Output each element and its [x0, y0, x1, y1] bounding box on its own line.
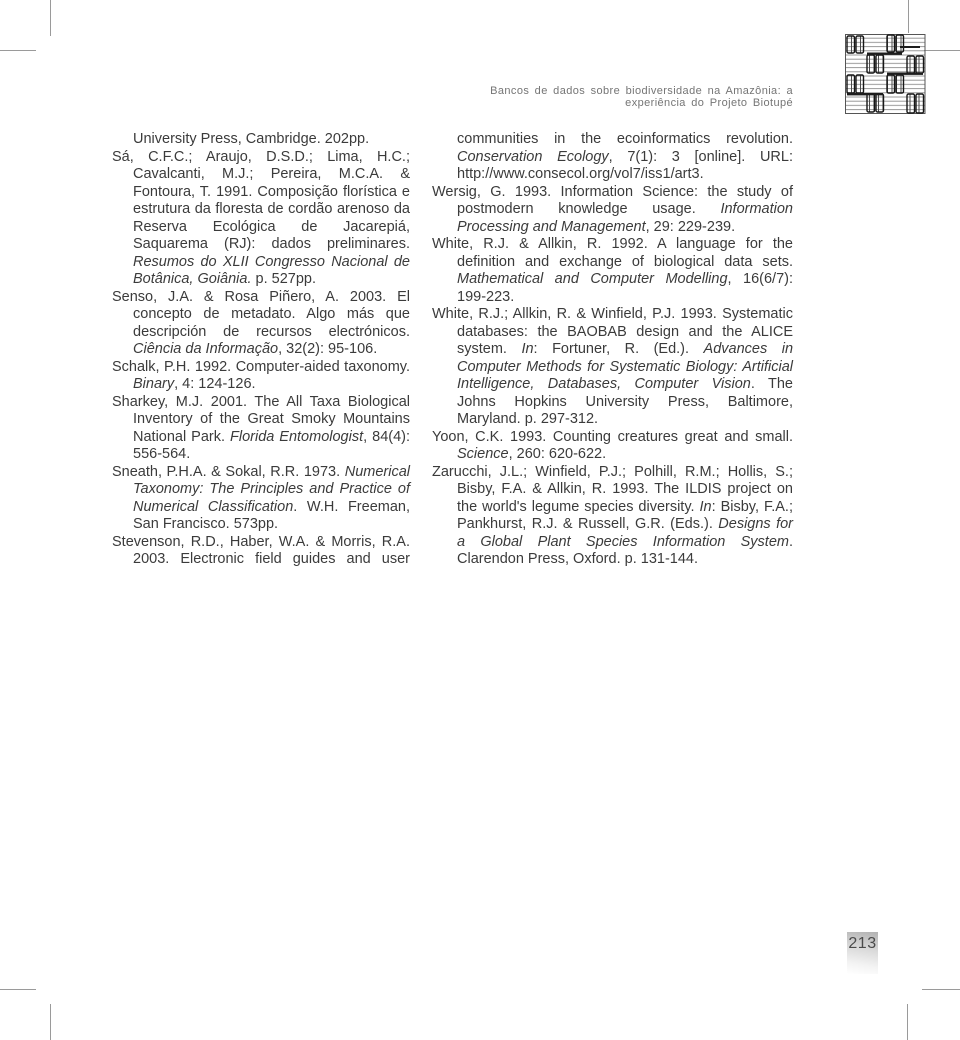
- reference-text: , 4: 124-126.: [174, 376, 255, 392]
- crop-mark-bottom-right-horizontal: [922, 989, 960, 990]
- reference-entry: Sá, C.F.C.; Araujo, D.S.D.; Lima, H.C.; …: [112, 149, 410, 289]
- reference-title-italic: Science: [457, 446, 509, 462]
- reference-entry: communities in the ecoinformatics revolu…: [432, 131, 793, 184]
- reference-entry: Sharkey, M.J. 2001. The All Taxa Biologi…: [112, 394, 410, 464]
- crop-mark-bottom-left-vertical: [50, 1004, 51, 1040]
- reference-text: , 32(2): 95-106.: [278, 341, 377, 357]
- reference-title-italic: Conservation Ecology: [457, 149, 609, 165]
- references-left-column: University Press, Cambridge. 202pp.Sá, C…: [112, 131, 410, 569]
- crop-mark-top-right-horizontal: [924, 50, 960, 51]
- references-right-column: communities in the ecoinformatics revolu…: [432, 131, 793, 569]
- reference-entry: White, R.J.; Allkin, R. & Winfield, P.J.…: [432, 306, 793, 429]
- reference-title-italic: Mathematical and Computer Modelling: [457, 271, 728, 287]
- reference-text: communities in the ecoinformatics revolu…: [457, 131, 793, 147]
- reference-text: Yoon, C.K. 1993. Counting creatures grea…: [432, 429, 793, 445]
- page-number-badge: 213: [847, 932, 878, 974]
- reference-entry: White, R.J. & Allkin, R. 1992. A languag…: [432, 236, 793, 306]
- reference-text: p. 527pp.: [252, 271, 317, 287]
- reference-text: , 260: 620-622.: [509, 446, 607, 462]
- reference-entry: University Press, Cambridge. 202pp.: [112, 131, 410, 149]
- reference-text: Senso, J.A. & Rosa Piñero, A. 2003. El c…: [112, 289, 410, 340]
- crop-mark-bottom-right-vertical: [907, 1004, 908, 1040]
- reference-text: White, R.J. & Allkin, R. 1992. A languag…: [432, 236, 793, 270]
- reference-text: : Fortuner, R. (Ed.).: [534, 341, 704, 357]
- reference-entry: Yoon, C.K. 1993. Counting creatures grea…: [432, 429, 793, 464]
- reference-title-italic: Binary: [133, 376, 174, 392]
- document-page: Bancos de dados sobre biodiversidade na …: [0, 0, 960, 1040]
- reference-entry: Sneath, P.H.A. & Sokal, R.R. 1973. Numer…: [112, 464, 410, 534]
- reference-text: University Press, Cambridge. 202pp.: [133, 131, 369, 147]
- reference-text: Schalk, P.H. 1992. Computer-aided taxono…: [112, 359, 410, 375]
- reference-title-italic: Florida Entomologist: [230, 429, 363, 445]
- crop-mark-top-left-vertical: [50, 0, 51, 36]
- crop-mark-bottom-left-horizontal: [0, 989, 36, 990]
- reference-entry: Zarucchi, J.L.; Winfield, P.J.; Polhill,…: [432, 464, 793, 569]
- woodcut-weave-image: [845, 32, 926, 116]
- running-header-title: Bancos de dados sobre biodiversidade na …: [433, 85, 793, 109]
- reference-text: , 29: 229-239.: [646, 219, 736, 235]
- reference-title-italic: Ciência da Informação: [133, 341, 278, 357]
- reference-entry: Senso, J.A. & Rosa Piñero, A. 2003. El c…: [112, 289, 410, 359]
- reference-text: Sá, C.F.C.; Araujo, D.S.D.; Lima, H.C.; …: [112, 149, 410, 253]
- page-number: 213: [848, 935, 876, 953]
- reference-text: Stevenson, R.D., Haber, W.A. & Morris, R…: [112, 534, 410, 568]
- reference-entry: Stevenson, R.D., Haber, W.A. & Morris, R…: [112, 534, 410, 569]
- crop-mark-top-left-horizontal: [0, 50, 36, 51]
- reference-title-italic: In: [700, 499, 712, 515]
- reference-text: Sneath, P.H.A. & Sokal, R.R. 1973.: [112, 464, 345, 480]
- reference-entry: Schalk, P.H. 1992. Computer-aided taxono…: [112, 359, 410, 394]
- reference-entry: Wersig, G. 1993. Information Science: th…: [432, 184, 793, 237]
- crop-mark-top-right-vertical: [908, 0, 909, 33]
- reference-title-italic: In: [521, 341, 533, 357]
